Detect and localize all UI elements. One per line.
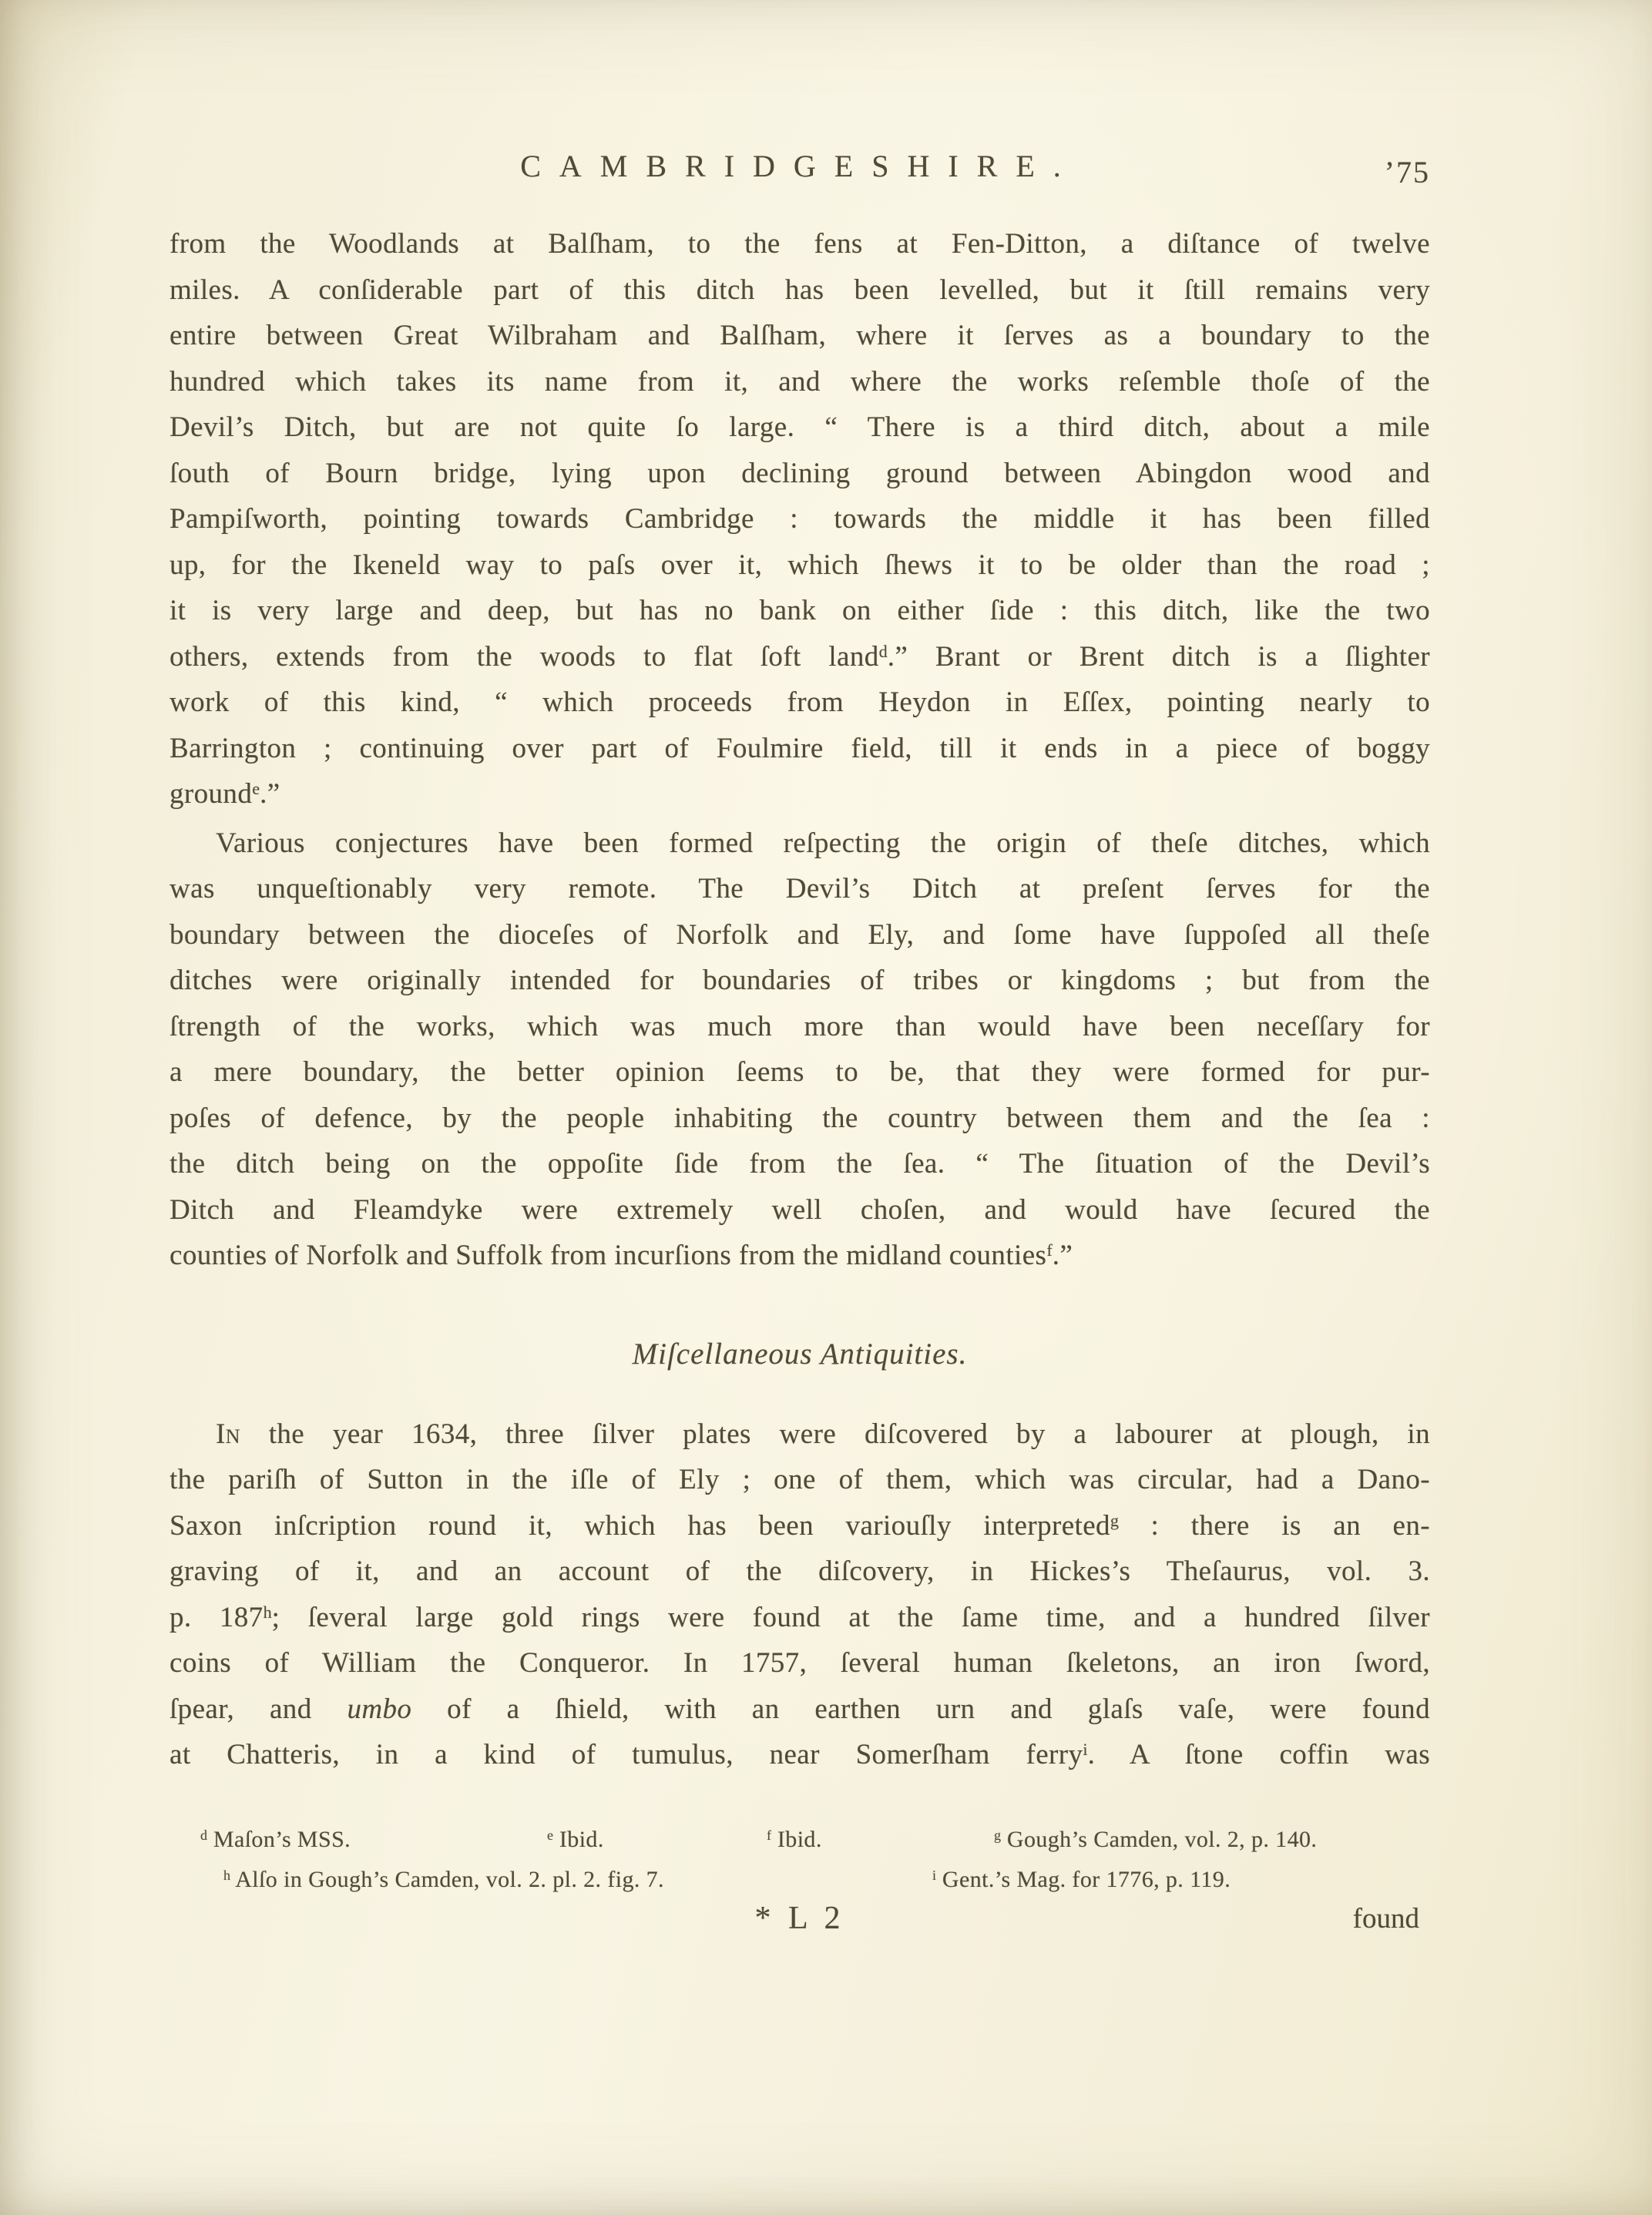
paragraph: In the year 1634, three ſilver plates we… — [170, 1411, 1430, 1778]
text-line: Ditch and Fleamdyke were extremely well … — [170, 1187, 1430, 1233]
text-line: coins of William the Conqueror. In 1757,… — [170, 1640, 1430, 1686]
text-line: a mere boundary, the better opinion ſeem… — [170, 1049, 1430, 1096]
footnote-ref: h — [264, 1602, 272, 1621]
text-line: Saxon inſcription round it, which has be… — [170, 1503, 1430, 1549]
text-line: Various conjectures have been formed reſ… — [170, 821, 1430, 867]
text-line: Devil’s Ditch, but are not quite ſo larg… — [170, 404, 1430, 451]
footnote: d Maſon’s MSS. — [200, 1824, 351, 1855]
signature-row: * L 2 found — [170, 1900, 1430, 1946]
text-line: ſtrength of the works, which was much mo… — [170, 1004, 1430, 1050]
text-line: up, for the Ikeneld way to paſs over it,… — [170, 542, 1430, 589]
footnote-ref: i — [932, 1868, 936, 1883]
paragraph: from the Woodlands at Balſham, to the fe… — [170, 221, 1430, 817]
footnote-ref: e — [547, 1827, 553, 1843]
text-line: p. 187h; ſeveral large gold rings were f… — [170, 1595, 1430, 1641]
footnote: h Alſo in Gough’s Camden, vol. 2. pl. 2.… — [223, 1864, 664, 1895]
footnote-ref: f — [767, 1827, 771, 1843]
text-line: ſouth of Bourn bridge, lying upon declin… — [170, 451, 1430, 497]
text-line: counties of Norfolk and Suffolk from inc… — [170, 1233, 1430, 1279]
text-line: the ditch being on the oppoſite ſide fro… — [170, 1141, 1430, 1187]
footnote-ref: i — [1083, 1740, 1087, 1759]
footnote-ref: e — [252, 779, 260, 798]
footnote-ref: g — [994, 1827, 1001, 1843]
signature-mark: * L 2 — [170, 1900, 1430, 1937]
smallcaps-text: In — [216, 1418, 240, 1450]
text-line: In the year 1634, three ſilver plates we… — [170, 1411, 1430, 1458]
footnote-ref: d — [200, 1827, 207, 1843]
paragraph: Various conjectures have been formed reſ… — [170, 821, 1430, 1279]
text-line: it is very large and deep, but has no ba… — [170, 588, 1430, 634]
italic-text: umbo — [347, 1693, 411, 1725]
footnote-row-1: d Maſon’s MSS.e Ibid.f Ibid.g Gough’s Ca… — [170, 1824, 1430, 1861]
text-line: Pampiſworth, pointing towards Cambridge … — [170, 496, 1430, 542]
text-line: Barrington ; continuing over part of Fou… — [170, 726, 1430, 772]
page-number: ’75 — [1310, 154, 1430, 190]
text-line: at Chatteris, in a kind of tumulus, near… — [170, 1732, 1430, 1778]
text-line: graving of it, and an account of the diſ… — [170, 1549, 1430, 1595]
text-line: from the Woodlands at Balſham, to the fe… — [170, 221, 1430, 267]
body-text: from the Woodlands at Balſham, to the fe… — [170, 221, 1430, 1778]
footnote: i Gent.’s Mag. for 1776, p. 119. — [932, 1864, 1231, 1895]
text-line: entire between Great Wilbraham and Balſh… — [170, 313, 1430, 359]
footnote-ref: g — [1110, 1510, 1119, 1529]
text-line: boundary between the dioceſes of Norfolk… — [170, 912, 1430, 958]
catchword: found — [1353, 1902, 1419, 1935]
footnote-row-2: h Alſo in Gough’s Camden, vol. 2. pl. 2.… — [170, 1864, 1430, 1901]
text-line: work of this kind, “ which proceeds from… — [170, 680, 1430, 726]
text-line: poſes of defence, by the people inhabiti… — [170, 1096, 1430, 1142]
footnote: f Ibid. — [767, 1824, 822, 1855]
text-line: was unqueſtionably very remote. The Devi… — [170, 866, 1430, 912]
book-page: CAMBRIDGESHIRE. ’75 from the Woodlands a… — [0, 0, 1652, 2215]
text-line: ſpear, and umbo of a ſhield, with an ear… — [170, 1686, 1430, 1733]
text-line: miles. A conſiderable part of this ditch… — [170, 267, 1430, 314]
footnote: g Gough’s Camden, vol. 2, p. 140. — [994, 1824, 1317, 1855]
section-heading: Miſcellaneous Antiquities. — [170, 1334, 1430, 1374]
footnote-ref: f — [1046, 1240, 1052, 1260]
text-line: the pariſh of Sutton in the iſle of Ely … — [170, 1457, 1430, 1503]
footnote-ref: d — [879, 641, 888, 660]
footnote-ref: h — [223, 1868, 230, 1883]
text-line: grounde.” — [170, 771, 1430, 817]
footnote: e Ibid. — [547, 1824, 604, 1855]
running-head: CAMBRIDGESHIRE. — [170, 148, 1430, 184]
text-line: ditches were originally intended for bou… — [170, 958, 1430, 1004]
text-line: others, extends from the woods to flat ſ… — [170, 634, 1430, 680]
text-line: hundred which takes its name from it, an… — [170, 359, 1430, 405]
